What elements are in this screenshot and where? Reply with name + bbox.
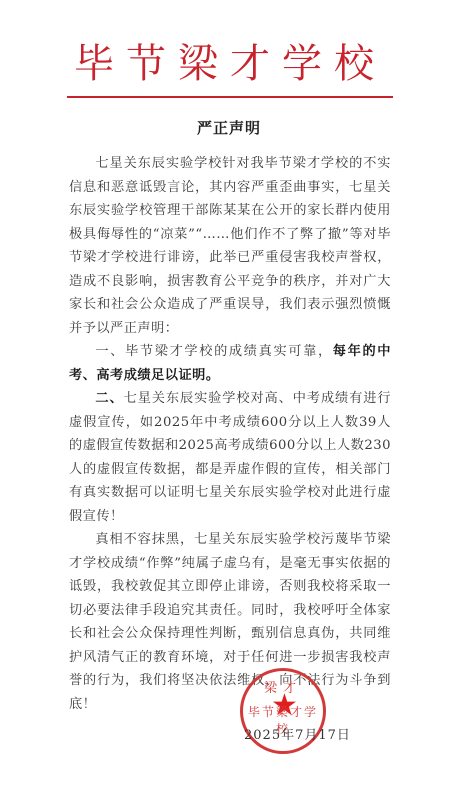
point-two-number: 二、: [95, 391, 123, 406]
point-one-text: 一、毕节梁才学校的成绩真实可靠，: [95, 344, 332, 359]
masthead-divider: [67, 96, 393, 98]
document-body: 七星关东辰实验学校针对我毕节梁才学校的不实信息和恶意诋毁言论，其内容严重歪曲事实…: [69, 152, 391, 716]
point-two-text: 七星关东辰实验学校对高、中考成绩有进行虚假宣传，如2025年中考成绩600分以上…: [69, 391, 391, 524]
closing-paragraph: 真相不容抹黑，七星关东辰实验学校污蔑毕节梁才学校成绩“作弊”纯属子虚乌有，是毫无…: [69, 528, 391, 716]
point-one-paragraph: 一、毕节梁才学校的成绩真实可靠，每年的中考、高考成绩足以证明。: [69, 340, 391, 387]
point-two-paragraph: 二、七星关东辰实验学校对高、中考成绩有进行虚假宣传，如2025年中考成绩600分…: [69, 387, 391, 528]
document-title: 严正声明: [0, 117, 458, 138]
school-masthead: 毕节梁才学校: [66, 40, 394, 88]
intro-paragraph: 七星关东辰实验学校针对我毕节梁才学校的不实信息和恶意诋毁言论，其内容严重歪曲事实…: [69, 152, 391, 340]
signature-date: 2025年7月17日: [244, 724, 351, 743]
